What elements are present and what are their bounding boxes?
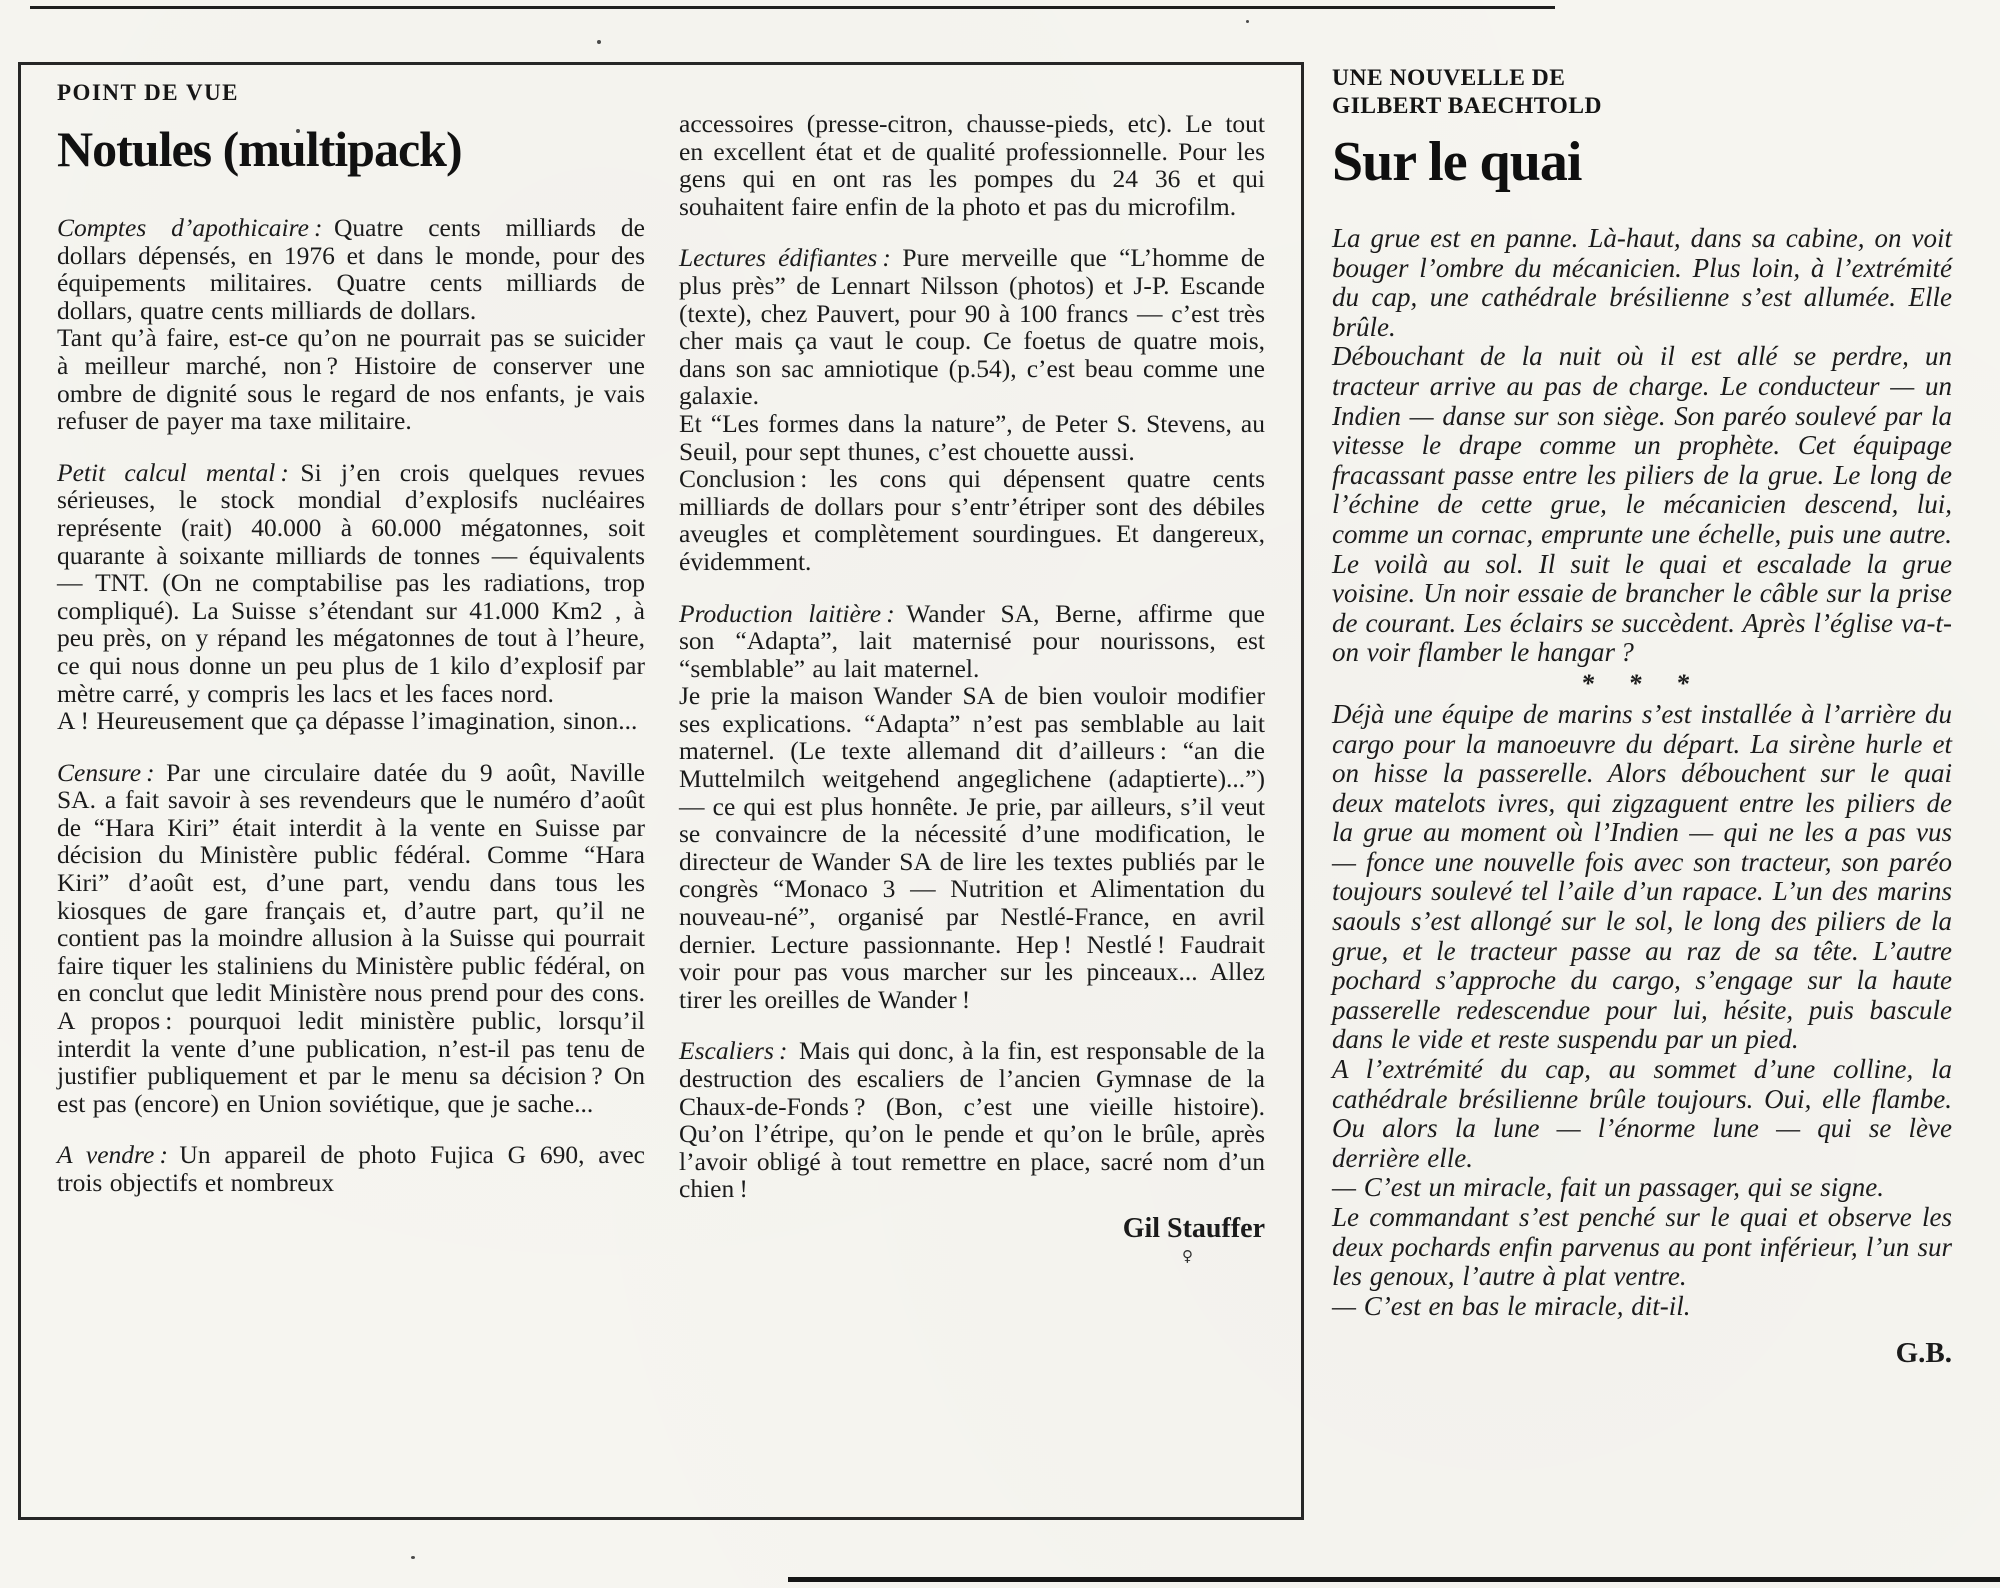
scan-edge-line-bottom — [788, 1577, 2000, 1582]
paragraph-text: A l’extrémité du cap, au sommet d’une co… — [1332, 1054, 1952, 1173]
article-title: Notules (multipack) — [57, 120, 645, 178]
scan-speckle — [597, 40, 601, 44]
paragraph-text: Tant qu’à faire, est-ce qu’on ne pourrai… — [57, 323, 645, 435]
paragraph-lead: Censure : — [57, 758, 166, 787]
author-signature: Gil Stauffer — [679, 1213, 1265, 1245]
scan-edge-line-top — [30, 6, 1555, 9]
paragraph: Et “Les formes dans la nature”, de Peter… — [679, 410, 1265, 465]
story-kicker-line2: GILBERT BAECHTOLD — [1332, 92, 1952, 120]
paragraph-text: — C’est en bas le miracle, dit-il. — [1332, 1291, 1690, 1321]
paragraph: Déjà une équipe de marins s’est installé… — [1332, 700, 1952, 1055]
paragraph: A l’extrémité du cap, au sommet d’une co… — [1332, 1055, 1952, 1173]
paragraph-lead: Lectures édifiantes : — [679, 243, 902, 272]
paragraph-text: Et “Les formes dans la nature”, de Peter… — [679, 409, 1265, 466]
paragraph-lead: Escaliers : — [679, 1036, 799, 1065]
paragraph-text: La grue est en panne. Là-haut, dans sa c… — [1332, 223, 1952, 342]
left-column: POINT DE VUE Notules (multipack) Comptes… — [57, 80, 645, 1197]
paragraph: Censure :Par une circulaire datée du 9 a… — [57, 759, 645, 1118]
story-title: Sur le quai — [1332, 130, 1952, 194]
paragraph: Tant qu’à faire, est-ce qu’on ne pourrai… — [57, 324, 645, 434]
paragraph-lead: Production laitière : — [679, 599, 906, 628]
scanned-newspaper-page: POINT DE VUE Notules (multipack) Comptes… — [0, 0, 2000, 1588]
paragraph: — C’est en bas le miracle, dit-il. — [1332, 1292, 1952, 1322]
paragraph: A ! Heureusement que ça dépasse l’imagin… — [57, 707, 645, 735]
paragraph-text: Débouchant de la nuit où il est allé se … — [1332, 341, 1952, 667]
paragraph-text: Le commandant s’est penché sur le quai e… — [1332, 1202, 1952, 1291]
paragraph: Je prie la maison Wander SA de bien voul… — [679, 682, 1265, 1013]
story-kicker-line1: UNE NOUVELLE DE — [1332, 64, 1952, 92]
scan-speckle — [1246, 20, 1249, 23]
paragraph: La grue est en panne. Là-haut, dans sa c… — [1332, 224, 1952, 342]
paragraph: Lectures édifiantes :Pure merveille que … — [679, 244, 1265, 410]
paragraph: Le commandant s’est penché sur le quai e… — [1332, 1203, 1952, 1292]
paragraph: A vendre :Un appareil de photo Fujica G … — [57, 1141, 645, 1196]
middle-column: accessoires (presse-citron, chausse-pied… — [679, 110, 1265, 1265]
right-column: UNE NOUVELLE DE GILBERT BAECHTOLD Sur le… — [1332, 64, 1952, 1370]
paragraph-lead: A vendre : — [57, 1140, 179, 1169]
section-kicker: POINT DE VUE — [57, 80, 645, 106]
paragraph: Conclusion : les cons qui dépensent quat… — [679, 465, 1265, 575]
paragraph-text: A ! Heureusement que ça dépasse l’imagin… — [57, 706, 637, 735]
paragraph-text: Par une circulaire datée du 9 août, Navi… — [57, 758, 645, 1118]
printer-ornament-icon: ♀ — [679, 1247, 1265, 1265]
paragraph-text: Si j’en crois quelques revues sérieuses,… — [57, 458, 645, 708]
paragraph: Escaliers :Mais qui donc, à la fin, est … — [679, 1037, 1265, 1203]
paragraph: accessoires (presse-citron, chausse-pied… — [679, 110, 1265, 220]
paragraph: Comptes d’apothicaire :Quatre cents mill… — [57, 214, 645, 324]
paragraph-text: — C’est un miracle, fait un passager, qu… — [1332, 1172, 1884, 1202]
paragraph-lead: Comptes d’apothicaire : — [57, 213, 334, 242]
scan-speckle — [411, 1556, 415, 1559]
paragraph: Petit calcul mental :Si j’en crois quelq… — [57, 459, 645, 707]
paragraph-text: Je prie la maison Wander SA de bien voul… — [679, 681, 1265, 1014]
paragraph-lead: Petit calcul mental : — [57, 458, 300, 487]
paragraph: Production laitière :Wander SA, Berne, a… — [679, 600, 1265, 683]
section-separator: * * * — [1332, 670, 1952, 698]
paragraph: — C’est un miracle, fait un passager, qu… — [1332, 1173, 1952, 1203]
paragraph-text: accessoires (presse-citron, chausse-pied… — [679, 109, 1265, 221]
paragraph-text: Déjà une équipe de marins s’est installé… — [1332, 699, 1952, 1055]
paragraph: Débouchant de la nuit où il est allé se … — [1332, 342, 1952, 668]
story-signature: G.B. — [1332, 1337, 1952, 1370]
paragraph-text: Conclusion : les cons qui dépensent quat… — [679, 464, 1265, 576]
